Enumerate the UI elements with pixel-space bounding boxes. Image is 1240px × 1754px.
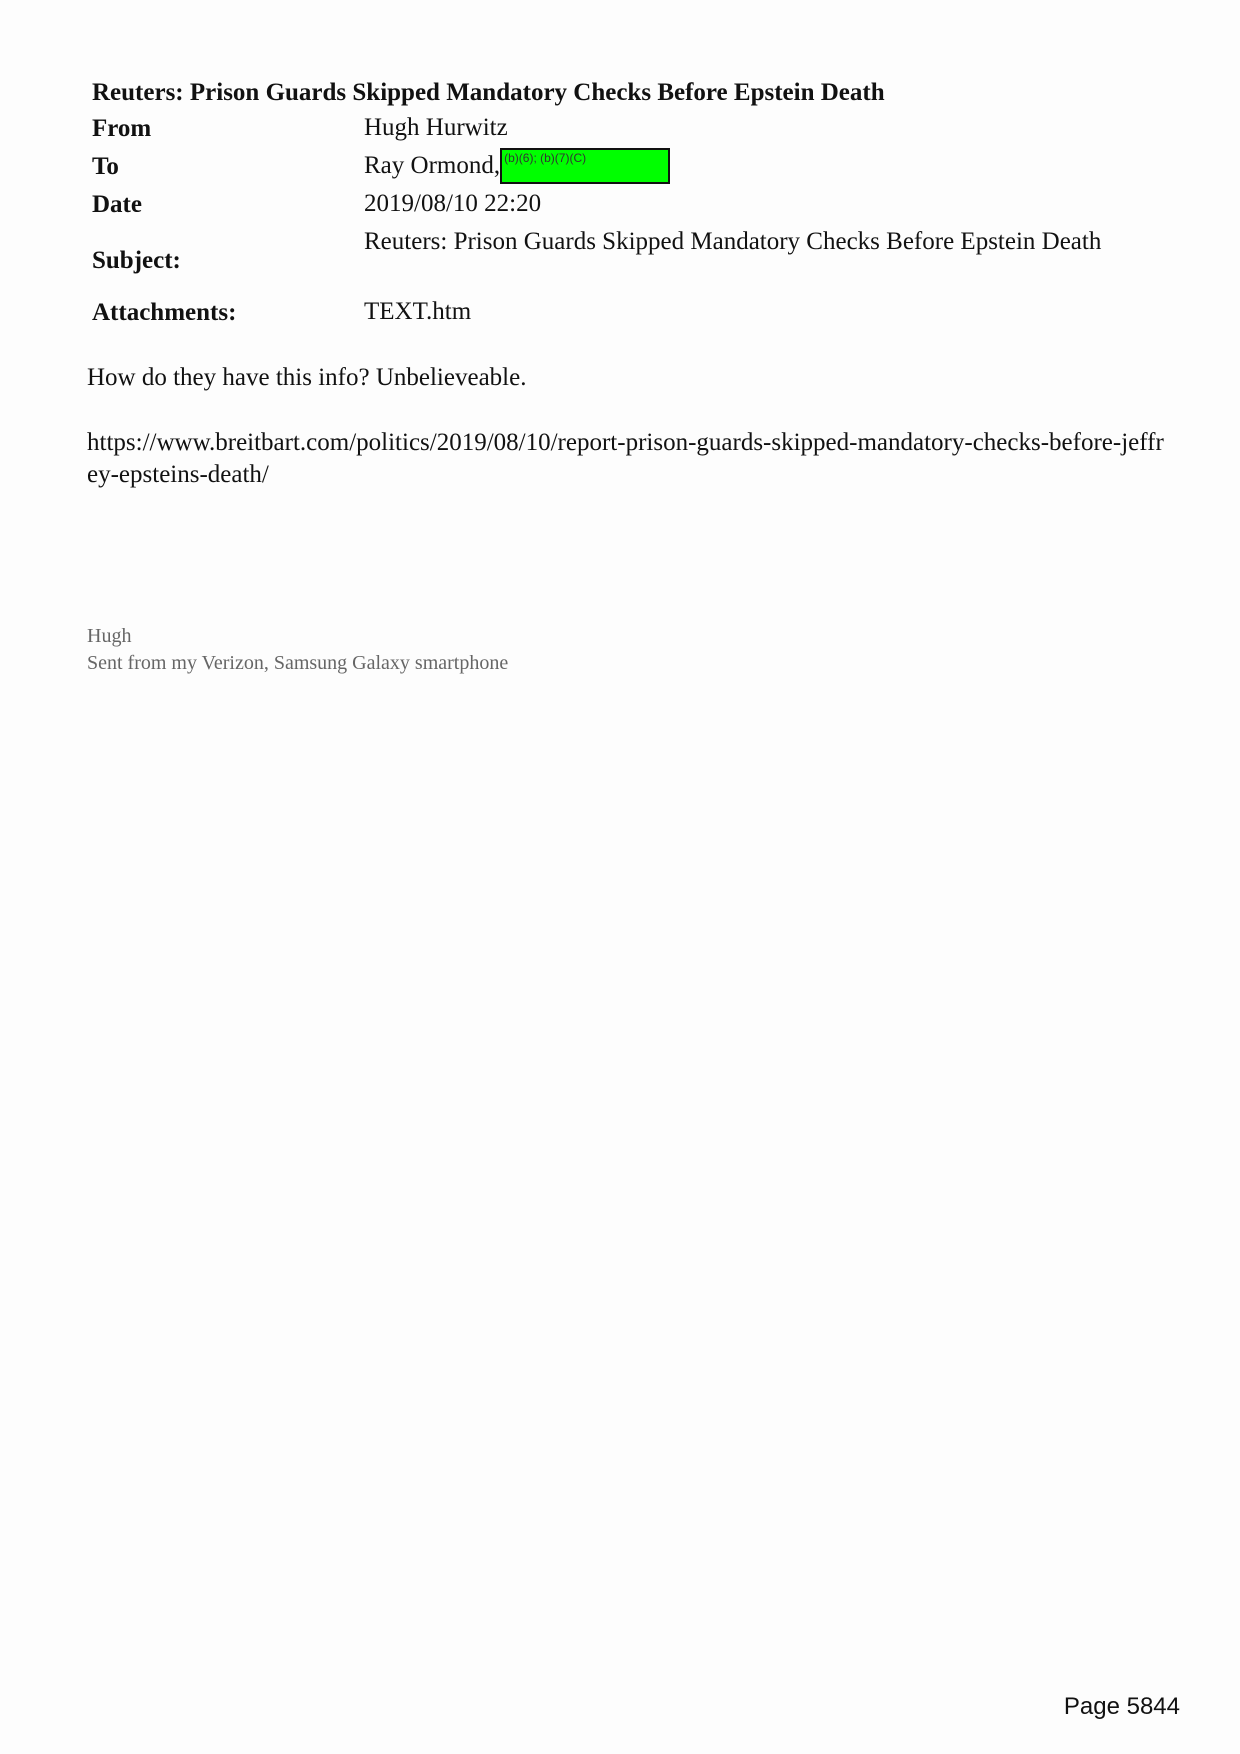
body-link: https://www.breitbart.com/politics/2019/… [87, 427, 1172, 491]
attachment-file: TEXT.htm [364, 296, 1164, 328]
date-label: Date [92, 188, 142, 222]
body-message: How do they have this info? Unbelieveabl… [87, 362, 1197, 394]
subject-value: Reuters: Prison Guards Skipped Mandatory… [364, 226, 1124, 258]
to-value: Ray Ormond, [364, 152, 500, 179]
from-value: Hugh Hurwitz [364, 112, 1164, 144]
subject-label: Subject: [92, 244, 181, 278]
to-value-wrap: Ray Ormond,(b)(6); (b)(7)(C) [364, 150, 1164, 184]
signature-device: Sent from my Verizon, Samsung Galaxy sma… [87, 650, 508, 676]
to-label: To [92, 150, 119, 184]
page-number: Page 5844 [1064, 1693, 1180, 1721]
email-title: Reuters: Prison Guards Skipped Mandatory… [92, 76, 885, 110]
from-label: From [92, 112, 151, 146]
date-value: 2019/08/10 22:20 [364, 188, 1164, 220]
redaction-box: (b)(6); (b)(7)(C) [500, 148, 670, 184]
attachments-label: Attachments: [92, 296, 236, 330]
signature-name: Hugh [87, 623, 131, 649]
